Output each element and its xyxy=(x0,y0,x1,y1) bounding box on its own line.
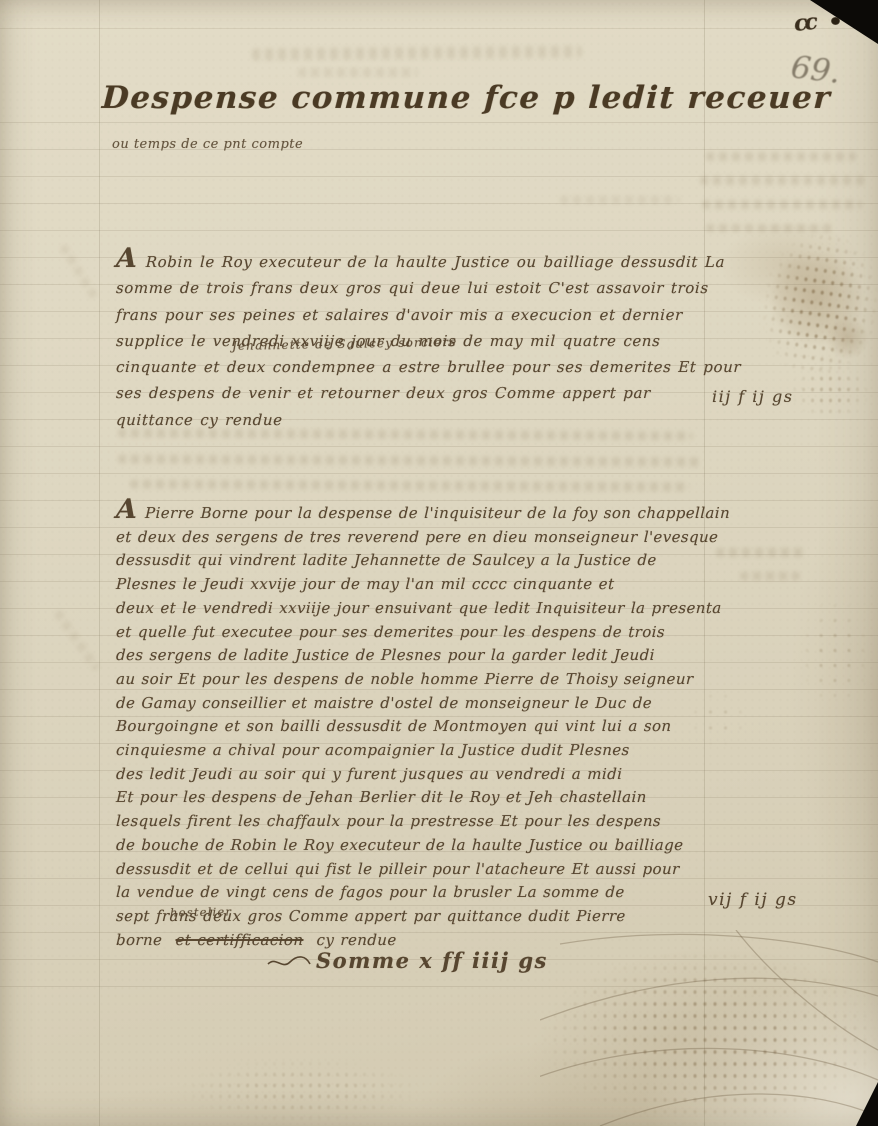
entry-2-line: la vendue de vingt cens de fagos pour la… xyxy=(116,881,717,905)
entry-2-last-line-prefix: borne xyxy=(116,931,163,949)
entry-2-line: des ledit Jeudi au soir qui y furent jus… xyxy=(116,763,717,787)
entry-2-line: dessusdit qui vindrent ladite Jehannette… xyxy=(116,549,717,573)
entry-2: A Pierre Borne pour la despense de l'inq… xyxy=(116,498,716,952)
manuscript-page: cc 69. Despense commune fce p ledit rece… xyxy=(0,0,878,1126)
stain-patch xyxy=(800,598,870,710)
page-heading: Despense commune fce p ledit receuer xyxy=(101,80,832,116)
stain-patch xyxy=(180,1058,420,1124)
showthrough-text xyxy=(716,548,806,557)
ink-blot xyxy=(831,17,840,25)
page-subheading: ou temps de ce pnt compte xyxy=(112,137,303,152)
showthrough-text xyxy=(740,572,800,580)
left-margin-ruling-line xyxy=(99,0,100,1126)
showthrough-text xyxy=(702,200,862,209)
entry-2-line: et quelle fut executee pour ses demerite… xyxy=(116,621,717,645)
entry-2-line: des sergens de ladite Justice de Plesnes… xyxy=(116,644,717,668)
entry-1-line: quittance cy rendue xyxy=(116,407,702,433)
entry-2-line: deux et le vendredi xxviije jour ensuiva… xyxy=(116,597,717,621)
entry-2-line: lesquels firent les chaffaulx pour la pr… xyxy=(116,810,717,834)
stain-patch xyxy=(790,362,870,420)
entry-2-struck-text: et certifficacion xyxy=(175,931,304,949)
entry-2-line: de bouche de Robin le Roy executeur de l… xyxy=(116,834,717,858)
parchment-fold-creases xyxy=(540,930,878,1126)
entry-2-line: de Gamay conseillier et maistre d'ostel … xyxy=(116,692,717,716)
showthrough-text xyxy=(706,152,856,161)
somme-flourish-icon xyxy=(266,954,312,972)
entry-2-line: Bourgoingne et son bailli dessusdit de M… xyxy=(116,715,717,739)
entry-1-line: A Robin le Roy executeur de la haulte Ju… xyxy=(115,246,701,275)
somme-total: Somme x ff iiij gs xyxy=(266,948,548,973)
entry-2-line: au soir Et pour les despens de noble hom… xyxy=(116,668,717,692)
entry-1-line: ses despens de venir et retourner deux g… xyxy=(116,380,702,406)
entry-1-margin-sum: iij f ij gs xyxy=(712,387,793,406)
showthrough-text xyxy=(700,176,868,185)
entry-1-line: frans pour ses peines et salaires d'avoi… xyxy=(116,302,702,328)
entry-2-line: cinquiesme a chival pour acompaignier la… xyxy=(116,739,717,763)
entry-1-line: somme de trois frans deux gros qui deue … xyxy=(116,275,702,301)
entry-2-margin-sum: vij f ij gs xyxy=(708,890,798,910)
entry-1-line: cinquante et deux condempnee a estre bru… xyxy=(116,354,702,380)
entry-2-interlinear-addition: hostelier xyxy=(170,904,232,919)
entry-2-last-line-suffix: cy rendue xyxy=(316,931,397,949)
corner-ink-mark: cc xyxy=(793,9,816,37)
ruling-line-top xyxy=(0,28,878,29)
entry-2-line: A Pierre Borne pour la despense de l'inq… xyxy=(116,498,717,526)
showthrough-text xyxy=(298,68,418,77)
showthrough-text xyxy=(560,196,680,204)
somme-text: Somme x ff iiij gs xyxy=(316,948,548,973)
entry-2-line: dessusdit et de cellui qui fist le pille… xyxy=(116,858,717,882)
entry-2-line: Et pour les despens de Jehan Berlier dit… xyxy=(116,786,717,810)
entry-2-line: Plesnes le Jeudi xxvije jour de may l'an… xyxy=(116,573,717,597)
entry-2-line: et deux des sergens de tres reverend per… xyxy=(116,526,717,550)
